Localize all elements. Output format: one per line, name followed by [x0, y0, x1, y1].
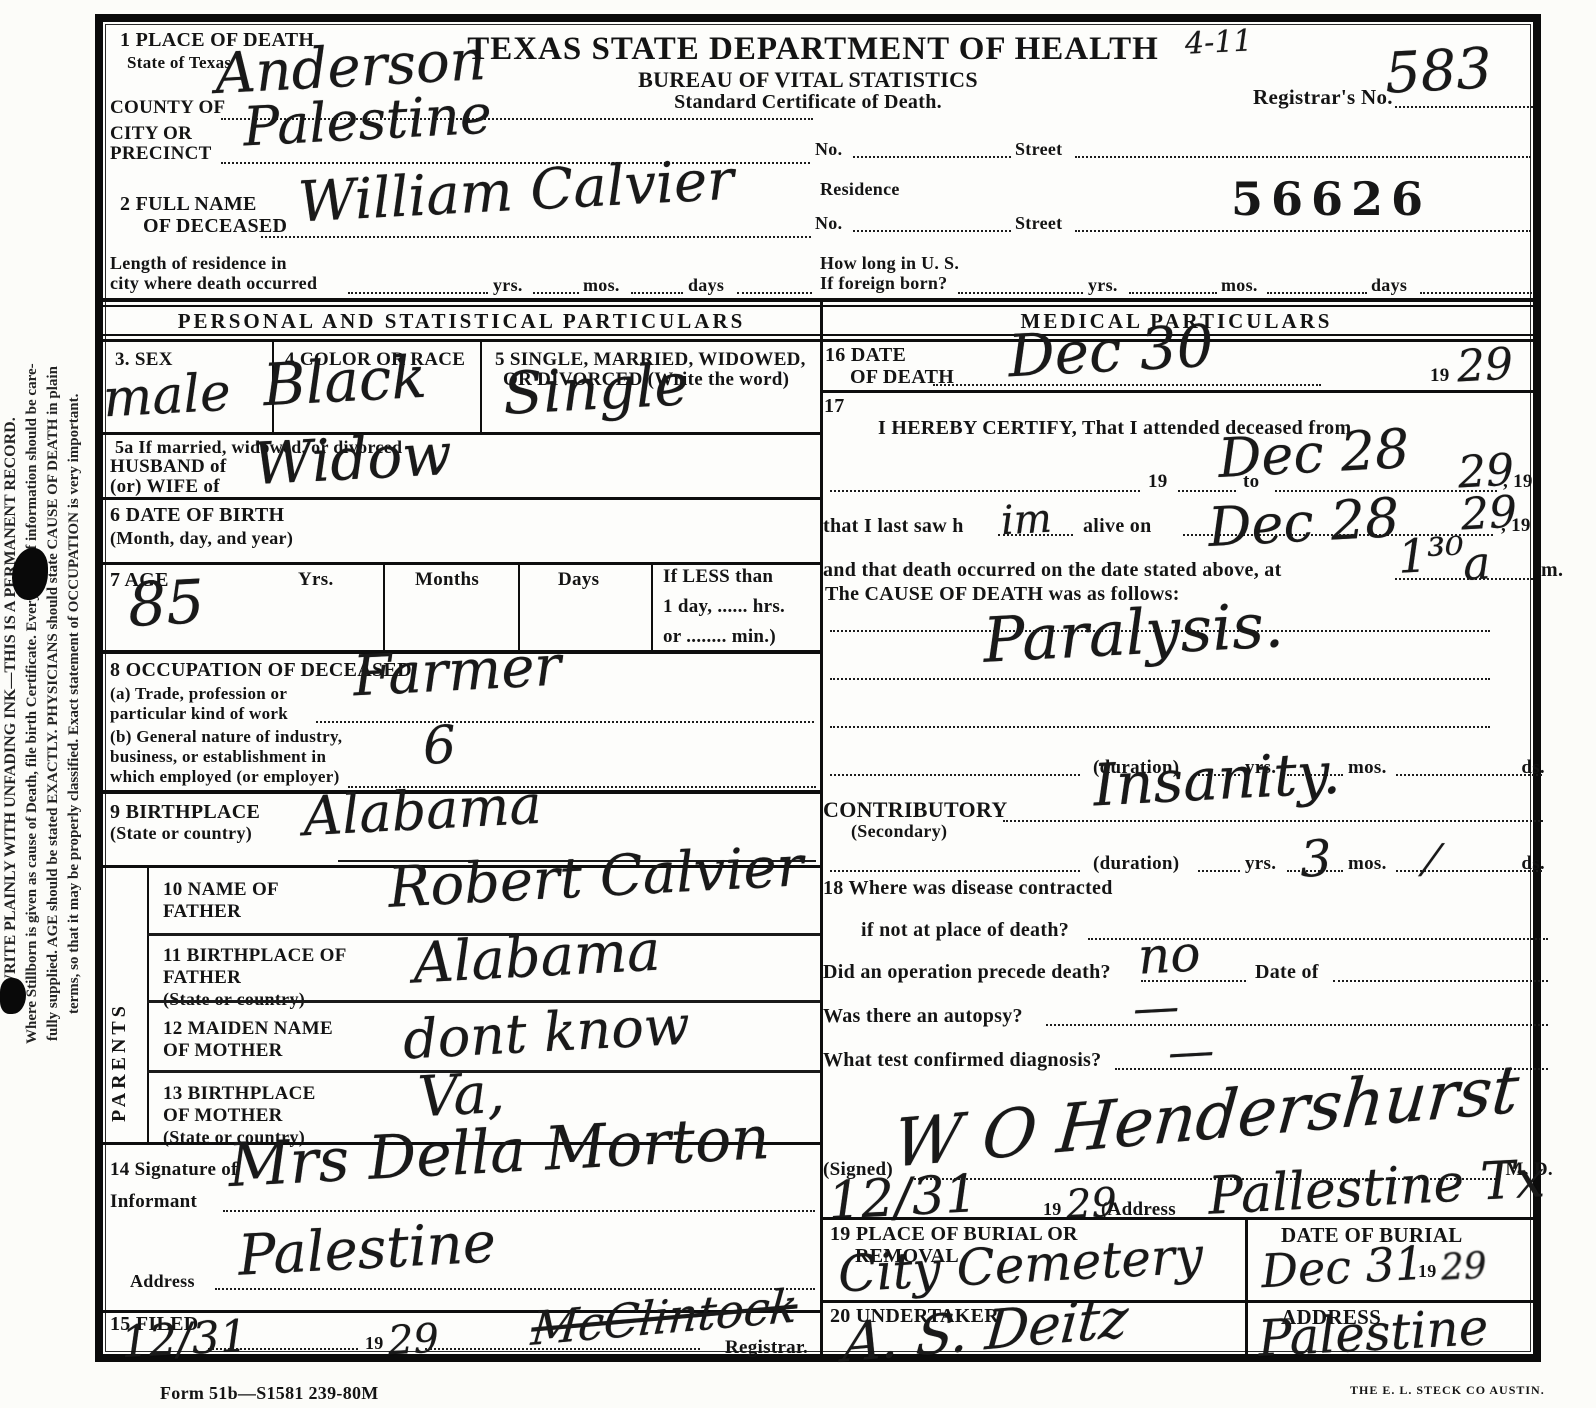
- last-saw-label: that I last saw h: [823, 516, 964, 538]
- margin-note: Where Stillborn is given as cause of Dea…: [24, 4, 41, 1404]
- rule: [103, 339, 1533, 342]
- industry-label2: business, or establishment in: [110, 748, 326, 766]
- dotted-line: [1198, 870, 1240, 872]
- filed-date-handwritten: 12/31: [120, 1315, 249, 1366]
- dotted-line: [1396, 774, 1542, 776]
- dotted-line: [998, 534, 1073, 536]
- date-of-label: Date of: [1255, 962, 1319, 984]
- age-yrs-label: Yrs.: [298, 570, 334, 591]
- dotted-line: [1267, 292, 1367, 294]
- days-label: days: [688, 276, 724, 295]
- if-less-label3: or ........ min.): [663, 627, 776, 648]
- age-days-label: Days: [558, 570, 599, 591]
- dotted-line: [830, 726, 1490, 728]
- dotted-line: [223, 1210, 815, 1212]
- from-19-label: 19: [1148, 472, 1168, 493]
- dod-year-handwritten: 29: [1456, 343, 1514, 390]
- operation-label: Did an operation precede death?: [823, 962, 1111, 984]
- age-months-label: Months: [415, 570, 479, 591]
- ds-label: ds.: [1521, 758, 1545, 779]
- street-label: Street: [1015, 214, 1062, 233]
- dotted-line: [853, 156, 1011, 158]
- of-deceased-label: OF DECEASED: [143, 216, 287, 238]
- test-confirmed-label: What test confirmed diagnosis?: [823, 1050, 1101, 1072]
- death-time-handwritten: 1³⁰: [1397, 530, 1465, 579]
- father-name-handwritten: Robert Calvier: [387, 839, 805, 917]
- attended-to-date-handwritten: Dec 28: [1217, 422, 1411, 486]
- dotted-line: [1396, 870, 1542, 872]
- cell-divider: [480, 342, 482, 432]
- item-17-label: 17: [824, 396, 845, 418]
- father-name-label: 10 NAME OF: [163, 880, 279, 901]
- full-name-label: 2 FULL NAME: [120, 194, 257, 216]
- occupation-value-handwritten: Farmer: [352, 639, 563, 706]
- street-label: Street: [1015, 140, 1062, 159]
- marital-value-handwritten: Single: [502, 355, 690, 423]
- father-birthplace-handwritten: Alabama: [412, 924, 662, 993]
- registrar-no-label: Registrar's No.: [1253, 86, 1393, 109]
- margin-note: terms, so that it may be properly classi…: [66, 4, 83, 1404]
- dotted-line: [1075, 230, 1531, 232]
- secondary-label: (Secondary): [851, 822, 947, 841]
- dotted-line: [533, 292, 579, 294]
- rule: [820, 1217, 1533, 1220]
- mos-label: mos.: [583, 276, 620, 295]
- parents-label: PARENTS: [109, 922, 131, 1122]
- if-not-label: if not at place of death?: [861, 920, 1069, 942]
- autopsy-label: Was there an autopsy?: [823, 1006, 1023, 1028]
- dotted-line: [933, 384, 1321, 386]
- contributory-handwritten: Insanity.: [1092, 744, 1342, 815]
- mother-maiden-label2: OF MOTHER: [163, 1041, 283, 1062]
- ink-blot: [12, 548, 48, 600]
- date-of-death-handwritten: Dec 30: [1007, 317, 1215, 386]
- burial-cell-divider: [1245, 1217, 1248, 1354]
- dotted-line: [1395, 106, 1533, 108]
- undertaker-signature-handwritten: A. S. Deitz: [841, 1291, 1130, 1370]
- length-residence-label2: city where death occurred: [110, 274, 317, 293]
- dod-19-label: 19: [1430, 366, 1450, 387]
- duration2-label: (duration): [1093, 854, 1179, 875]
- rule: [147, 1000, 820, 1003]
- dotted-line: [1075, 156, 1531, 158]
- if-foreign-born-label: If foreign born?: [820, 274, 947, 293]
- dotted-line: [830, 490, 1140, 492]
- margin-note: fully supplied. AGE should be stated EXA…: [45, 4, 62, 1404]
- dotted-line: [316, 721, 814, 723]
- rule: [820, 390, 1533, 393]
- m-label: m.: [1541, 560, 1563, 582]
- days-label: days: [1371, 276, 1407, 295]
- dotted-line: [853, 230, 1011, 232]
- sex-value-handwritten: male: [102, 367, 232, 426]
- rule: [103, 562, 820, 565]
- industry-label3: which employed (or employer): [110, 768, 340, 786]
- no-label: No.: [815, 214, 842, 233]
- deceased-name-handwritten: William Calvier: [297, 153, 735, 232]
- test-value-handwritten: —: [1167, 1027, 1215, 1075]
- husband-of-label: HUSBAND of: [110, 457, 226, 478]
- dotted-line: [1420, 292, 1532, 294]
- department-title: TEXAS STATE DEPARTMENT OF HEALTH: [467, 31, 1159, 67]
- margin-note: WRITE PLAINLY WITH UNFADING INK—THIS IS …: [2, 4, 20, 1404]
- dotted-line: [261, 236, 811, 238]
- lastsaw-year-handwritten: 29: [1460, 491, 1518, 538]
- rule: [103, 298, 1533, 302]
- death-occurred-label: and that death occurred on the date stat…: [823, 560, 1282, 582]
- informant-label2: Informant: [110, 1192, 197, 1213]
- precinct-label: PRECINCT: [110, 144, 212, 165]
- dob-label: 6 DATE OF BIRTH: [110, 505, 284, 527]
- yrs-label: yrs.: [1088, 276, 1118, 295]
- mother-maiden-handwritten: dont know: [402, 999, 691, 1068]
- informant-signature-handwritten: Mrs Della Morton: [227, 1108, 771, 1196]
- column-divider: [820, 298, 823, 1354]
- where-contracted-label: 18 Where was disease contracted: [823, 878, 1113, 900]
- if-less-label2: 1 day, ...... hrs.: [663, 597, 785, 618]
- mother-birthplace-label: 13 BIRTHPLACE: [163, 1084, 316, 1105]
- dob-sublabel: (Month, day, and year): [110, 529, 293, 548]
- trade-label: (a) Trade, profession or: [110, 685, 287, 703]
- county-label: COUNTY OF: [110, 98, 225, 119]
- physician-address-handwritten: Pallestine Tx: [1207, 1153, 1546, 1223]
- rule: [103, 334, 1533, 336]
- burial-19-label: 19: [1418, 1262, 1437, 1281]
- certificate-number-stamp: 56626: [1231, 172, 1431, 226]
- dotted-line: [631, 292, 683, 294]
- date-of-death-label: 16 DATE: [825, 345, 906, 367]
- mos-label: mos.: [1348, 758, 1387, 779]
- contributory-label: CONTRIBUTORY: [823, 798, 1008, 822]
- dotted-line: [830, 774, 1080, 776]
- dotted-line: [348, 292, 488, 294]
- cell-divider: [651, 562, 653, 650]
- husband-value-handwritten: Widow: [252, 425, 454, 493]
- residence-label: Residence: [820, 180, 900, 199]
- parents-bracket: [147, 865, 149, 1142]
- cause-of-death-handwritten: Paralysis.: [982, 594, 1285, 672]
- informant-address-label: Address: [130, 1272, 195, 1291]
- standard-certificate-subtitle: Standard Certificate of Death.: [674, 91, 942, 113]
- birthplace-label: 9 BIRTHPLACE: [110, 802, 260, 824]
- trade-label2: particular kind of work: [110, 705, 288, 723]
- dotted-line: [958, 292, 1083, 294]
- no-label: No.: [815, 140, 842, 159]
- duration2-mos-handwritten: ⁄: [1427, 840, 1436, 882]
- filed-year-handwritten: 29: [387, 1319, 440, 1362]
- informant-address-handwritten: Palestine: [237, 1215, 498, 1284]
- yrs-label: yrs.: [1245, 854, 1276, 875]
- city-value-handwritten: Palestine: [242, 88, 493, 155]
- dotted-line: [830, 678, 1490, 680]
- rule: [103, 432, 820, 435]
- dotted-line: [1003, 820, 1543, 822]
- father-name-label2: FATHER: [163, 902, 241, 923]
- filed-19-label: 19: [365, 1334, 384, 1353]
- birthplace-value-handwritten: Alabama: [302, 778, 543, 844]
- burial-date-handwritten: Dec 31: [1260, 1240, 1425, 1294]
- yrs-label: yrs.: [493, 276, 523, 295]
- race-value-handwritten: Black: [262, 348, 428, 414]
- last-saw-date-handwritten: Dec 28: [1207, 491, 1401, 555]
- father-birthplace-label: 11 BIRTHPLACE OF: [163, 946, 347, 967]
- certificate-frame: 1 PLACE OF DEATH State of Texas COUNTY O…: [95, 14, 1541, 1362]
- length-residence-label: Length of residence in: [110, 254, 287, 273]
- city-or-label: CITY OR: [110, 124, 192, 145]
- undertaker-address-handwritten: Palestine: [1257, 1302, 1490, 1364]
- registrar-no-handwritten: 583: [1384, 41, 1494, 103]
- printer-imprint: THE E. L. STECK CO AUSTIN.: [1350, 1384, 1545, 1397]
- operation-value-handwritten: no: [1137, 928, 1202, 981]
- cell-divider: [383, 562, 385, 650]
- rule: [103, 497, 820, 500]
- rule: [103, 305, 1533, 307]
- duration2-yrs-handwritten: 3: [1299, 833, 1333, 885]
- form-number-imprint: Form 51b—S1581 239-80M: [160, 1384, 379, 1403]
- dotted-line: [1333, 980, 1548, 982]
- dotted-line: [1129, 292, 1217, 294]
- bureau-subtitle: BUREAU OF VITAL STATISTICS: [638, 67, 978, 92]
- industry-label: (b) General nature of industry,: [110, 728, 342, 746]
- wife-of-label: (or) WIFE of: [110, 477, 220, 498]
- if-less-label: If LESS than: [663, 567, 773, 588]
- how-long-us-label: How long in U. S.: [820, 254, 959, 273]
- ink-blot: [0, 978, 26, 1014]
- personal-section-title: PERSONAL AND STATISTICAL PARTICULARS: [178, 309, 746, 333]
- burial-year-handwritten: 29: [1440, 1249, 1488, 1287]
- handwritten-annotation: 4-11: [1184, 26, 1253, 59]
- registrar-caption: Registrar.: [725, 1338, 808, 1359]
- death-certificate-scan: WRITE PLAINLY WITH UNFADING INK—THIS IS …: [0, 0, 1596, 1408]
- dotted-line: [737, 292, 812, 294]
- dotted-line: [208, 1348, 358, 1350]
- mother-maiden-label: 12 MAIDEN NAME: [163, 1019, 333, 1040]
- ds-label: ds.: [1521, 854, 1545, 875]
- birthplace-sublabel: (State or country): [110, 824, 252, 843]
- mos-label: mos.: [1221, 276, 1258, 295]
- mos-label: mos.: [1348, 854, 1387, 875]
- informant-label: 14 Signature of: [110, 1160, 238, 1181]
- dotted-line: [1046, 1024, 1548, 1026]
- am-handwritten: a: [1462, 539, 1492, 586]
- dotted-line: [1178, 490, 1236, 492]
- industry-value-handwritten: 6: [422, 719, 458, 773]
- father-birthplace-label2: FATHER: [163, 968, 241, 989]
- mother-birthplace-label2: OF MOTHER: [163, 1106, 283, 1127]
- dotted-line: [830, 870, 1080, 872]
- age-value-handwritten: 85: [126, 572, 205, 636]
- alive-on-label: alive on: [1083, 516, 1152, 538]
